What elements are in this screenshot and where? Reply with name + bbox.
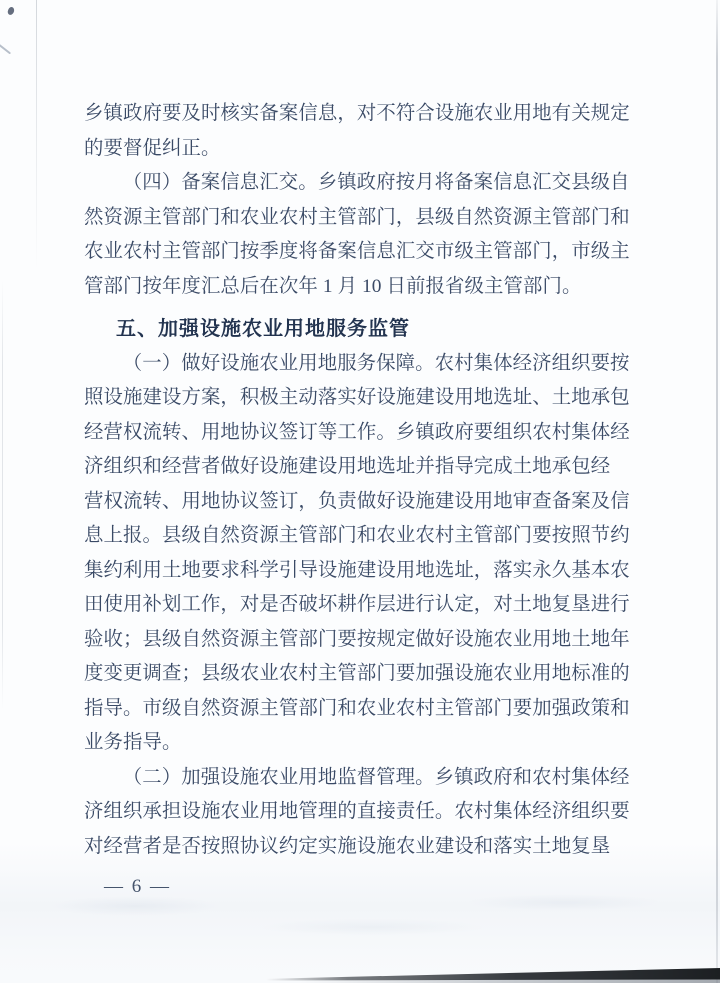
text-line: 管部门按年度汇总后在次年 1 月 10 日前报省级主管部门。 [84,270,630,305]
text-line: 经营权流转、用地协议签订等工作。乡镇政府要组织农村集体经 [84,416,630,451]
text-line: 业务指导。 [84,726,630,761]
text-line: （四）备案信息汇交。乡镇政府按月将备案信息汇交县级自 [84,166,630,201]
scanned-document-page: 乡镇政府要及时核实备案信息，对不符合设施农业用地有关规定 的要督促纠正。 （四）… [0,0,720,983]
text-line: 济组织承担设施农业用地管理的直接责任。农村集体经济组织要 [84,795,630,830]
text-line: 集约利用土地要求科学引导设施建设用地选址，落实永久基本农 [84,554,630,589]
scratch-mark [0,44,11,55]
document-text-block: 乡镇政府要及时核实备案信息，对不符合设施农业用地有关规定 的要督促纠正。 （四）… [84,97,630,905]
page-number: — 6 — [84,870,630,905]
text-line: 度变更调查；县级农业农村主管部门要加强设施农业用地标准的 [84,657,630,692]
text-line: 的要督促纠正。 [84,132,630,167]
text-line: 济组织和经营者做好设施建设用地选址并指导完成土地承包经 [84,450,630,485]
scan-edge-line-left-mid [2,280,3,710]
scan-edge-line-right [716,0,718,983]
text-line: 息上报。县级自然资源主管部门和农业农村主管部门要按照节约 [84,519,630,554]
paragraph: （四）备案信息汇交。乡镇政府按月将备案信息汇交县级自 然资源主管部门和农业农村主… [84,166,630,304]
text-line: （一）做好设施农业用地服务保障。农村集体经济组织要按 [84,347,630,382]
scan-edge-line-left-top [36,0,37,270]
text-line: 农业农村主管部门按季度将备案信息汇交市级主管部门，市级主 [84,235,630,270]
text-line: 验收；县级自然资源主管部门要按规定做好设施农业用地土地年 [84,623,630,658]
paragraph: （一）做好设施农业用地服务保障。农村集体经济组织要按 照设施建设方案，积极主动落… [84,347,630,761]
ink-speck [7,6,16,16]
section-heading: 五、加强设施农业用地服务监管 [84,312,630,347]
paragraph: （二）加强设施农业用地监督管理。乡镇政府和农村集体经 济组织承担设施农业用地管理… [84,761,630,865]
text-line: 指导。市级自然资源主管部门和农业农村主管部门要加强政策和 [84,692,630,727]
text-line: 营权流转、用地协议签订，负责做好设施建设用地审查备案及信 [84,485,630,520]
text-line: （二）加强设施农业用地监督管理。乡镇政府和农村集体经 [84,761,630,796]
paragraph: 乡镇政府要及时核实备案信息，对不符合设施农业用地有关规定 的要督促纠正。 [84,97,630,166]
text-line: 对经营者是否按照协议约定实施设施农业建设和落实土地复垦 [84,830,630,865]
text-line: 照设施建设方案，积极主动落实好设施建设用地选址、土地承包 [84,381,630,416]
text-line: 田使用补划工作，对是否破坏耕作层进行认定，对土地复垦进行 [84,588,630,623]
text-line: 乡镇政府要及时核实备案信息，对不符合设施农业用地有关规定 [84,97,630,132]
text-line: 然资源主管部门和农业农村主管部门，县级自然资源主管部门和 [84,201,630,236]
